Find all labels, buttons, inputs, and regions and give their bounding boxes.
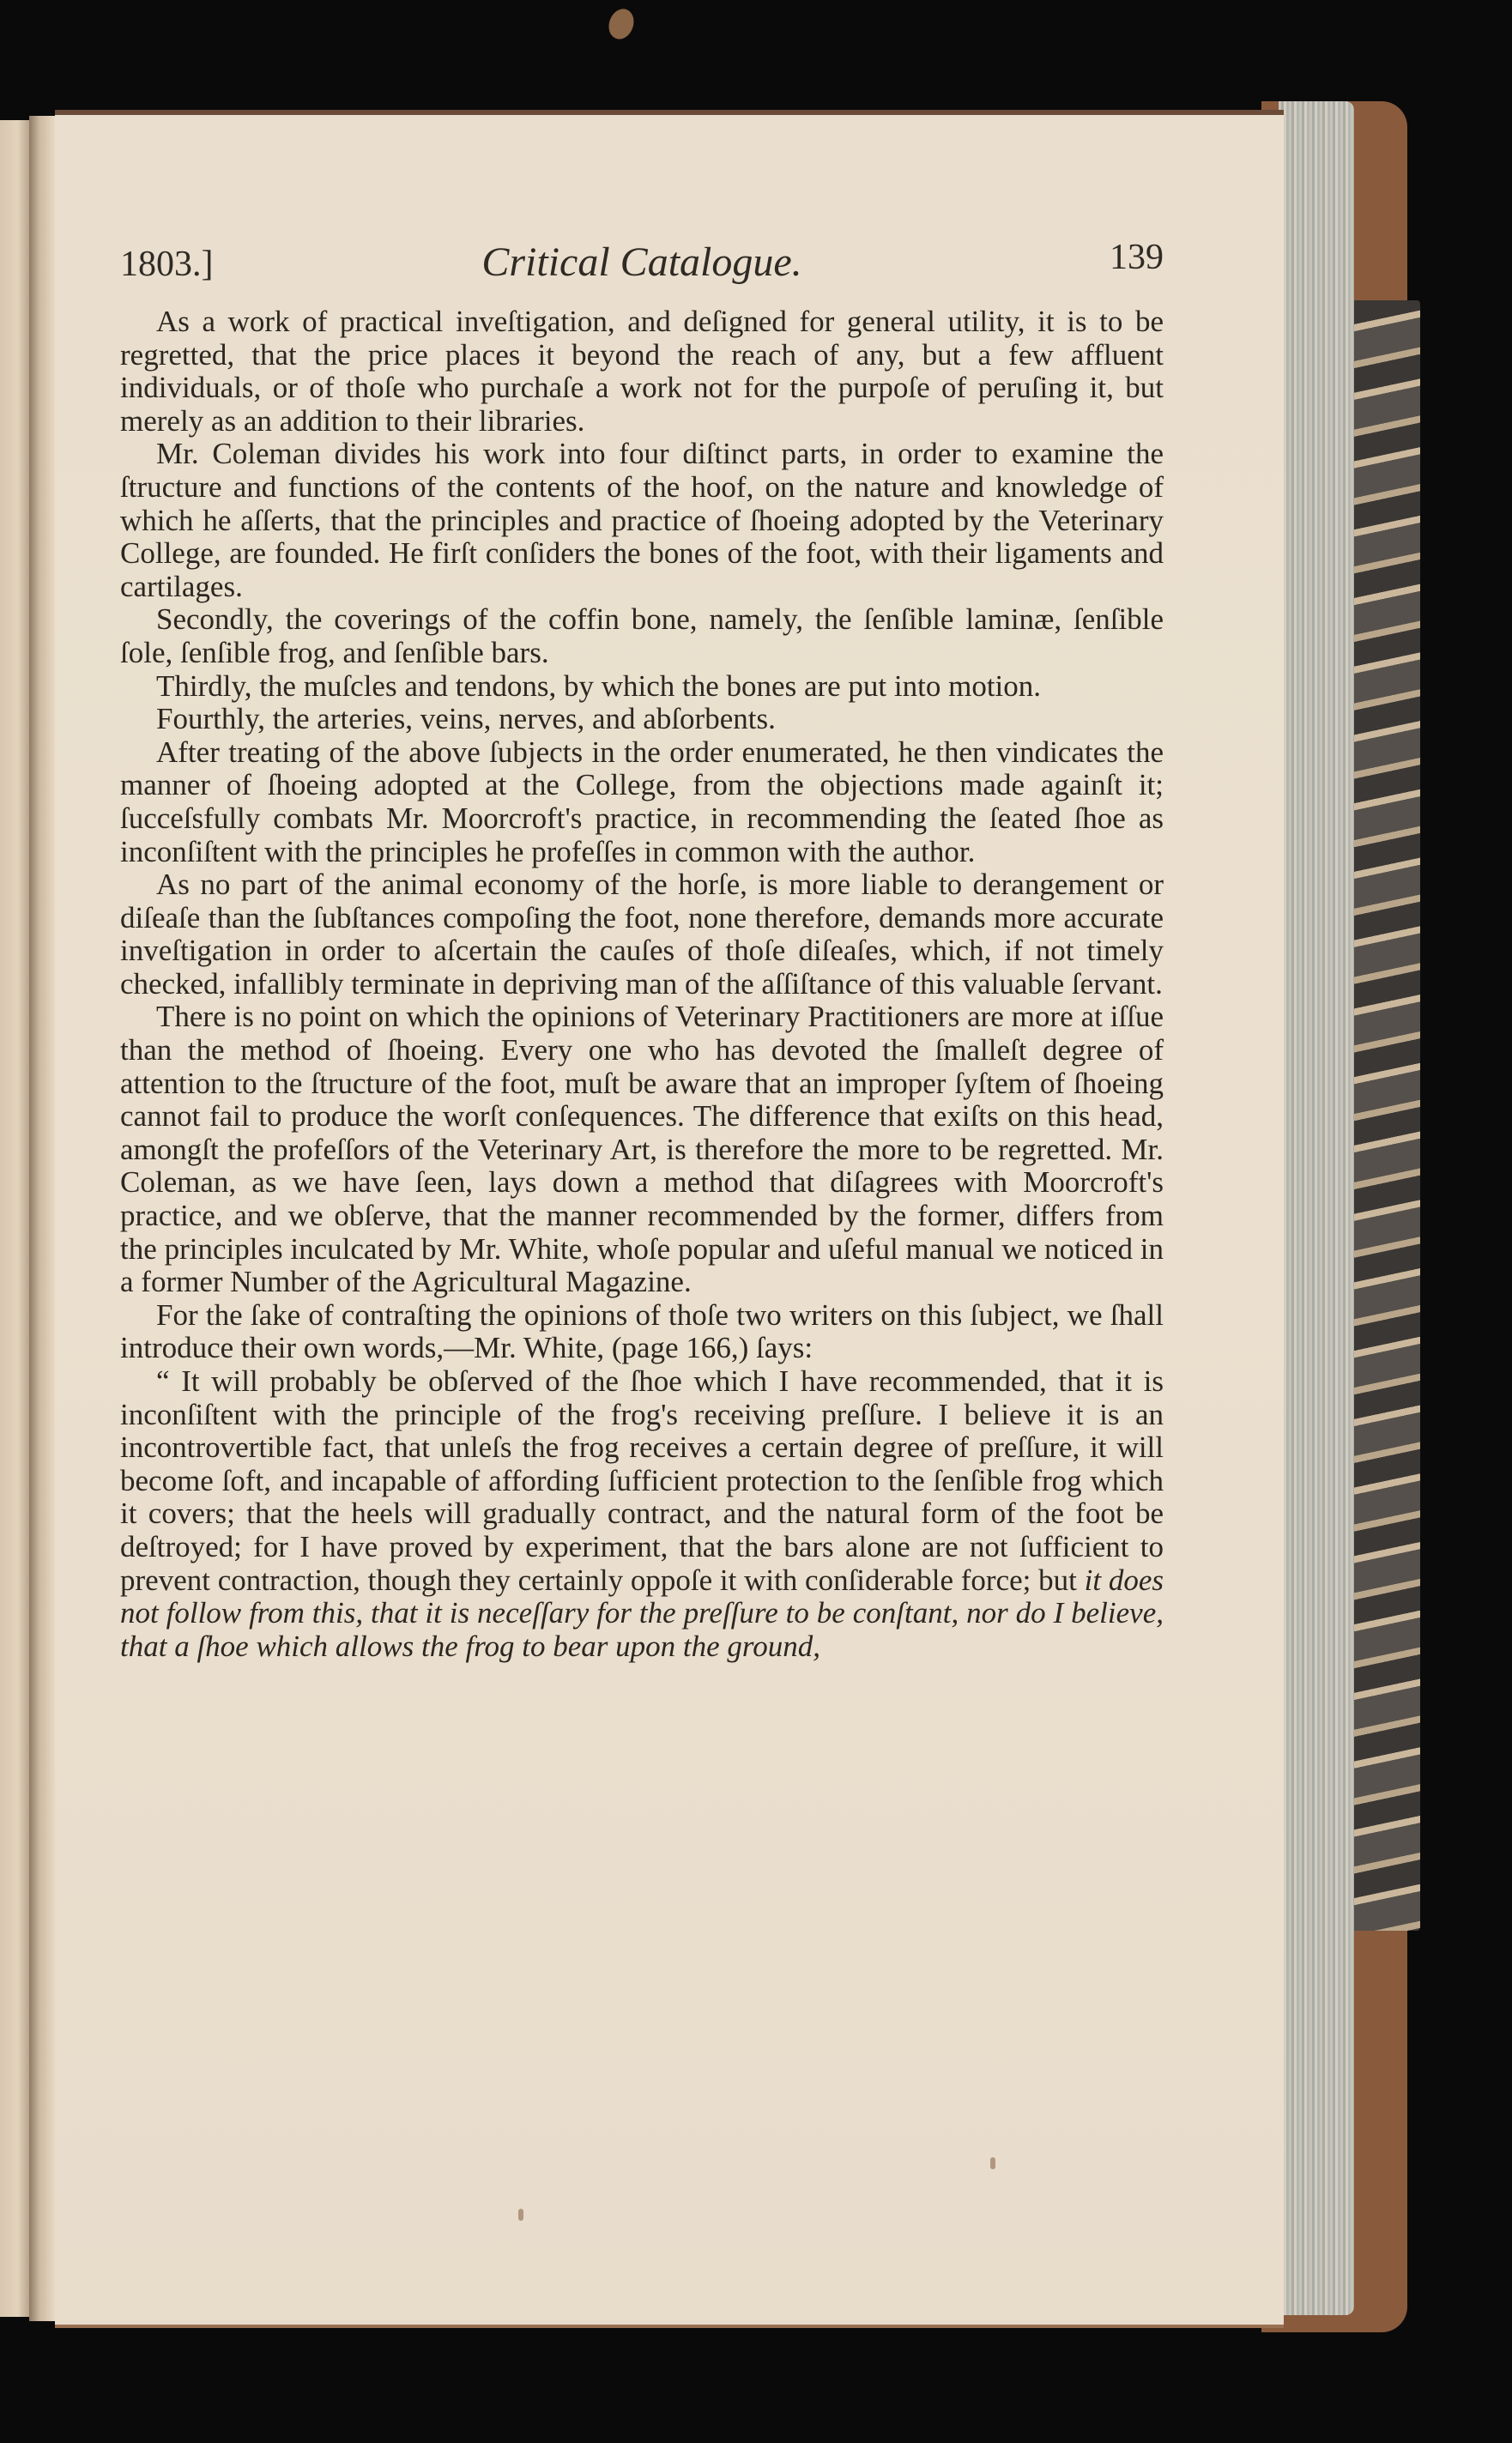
paragraph: Fourthly, the arteries, veins, nerves, a…	[120, 703, 1164, 736]
ribbon-tip	[605, 5, 638, 42]
quotation-roman: “ It will probably be obſerved of the ſh…	[120, 1364, 1164, 1597]
page-number: 139	[1110, 237, 1164, 278]
paragraph: For the ſake of contraſting the opinions…	[120, 1299, 1164, 1365]
page-fore-edge	[1279, 101, 1354, 2315]
foxing-spot	[518, 2209, 523, 2221]
book-page: 1803.] Critical Catalogue. 139 As a work…	[55, 110, 1284, 2328]
book-gutter	[29, 116, 55, 2321]
facing-page-edge	[0, 120, 29, 2317]
running-head: 1803.] Critical Catalogue. 139	[120, 244, 1164, 295]
body-text: As a work of practical inveſtigation, an…	[120, 305, 1164, 1663]
foxing-spot	[990, 2157, 995, 2169]
marbled-board	[1352, 300, 1420, 1931]
paragraph: There is no point on which the opinions …	[120, 1001, 1164, 1298]
quotation: “ It will probably be obſerved of the ſh…	[120, 1365, 1164, 1663]
paragraph: Secondly, the coverings of the coffin bo…	[120, 603, 1164, 669]
paragraph: Thirdly, the muſcles and tendons, by whi…	[120, 670, 1164, 704]
paragraph: Mr. Coleman divides his work into four d…	[120, 438, 1164, 603]
running-head-title: Critical Catalogue.	[120, 239, 1164, 286]
paragraph: As a work of practical inveſtigation, an…	[120, 305, 1164, 438]
paragraph: After treating of the above ſubjects in …	[120, 736, 1164, 868]
paragraph: As no part of the animal economy of the …	[120, 868, 1164, 1001]
